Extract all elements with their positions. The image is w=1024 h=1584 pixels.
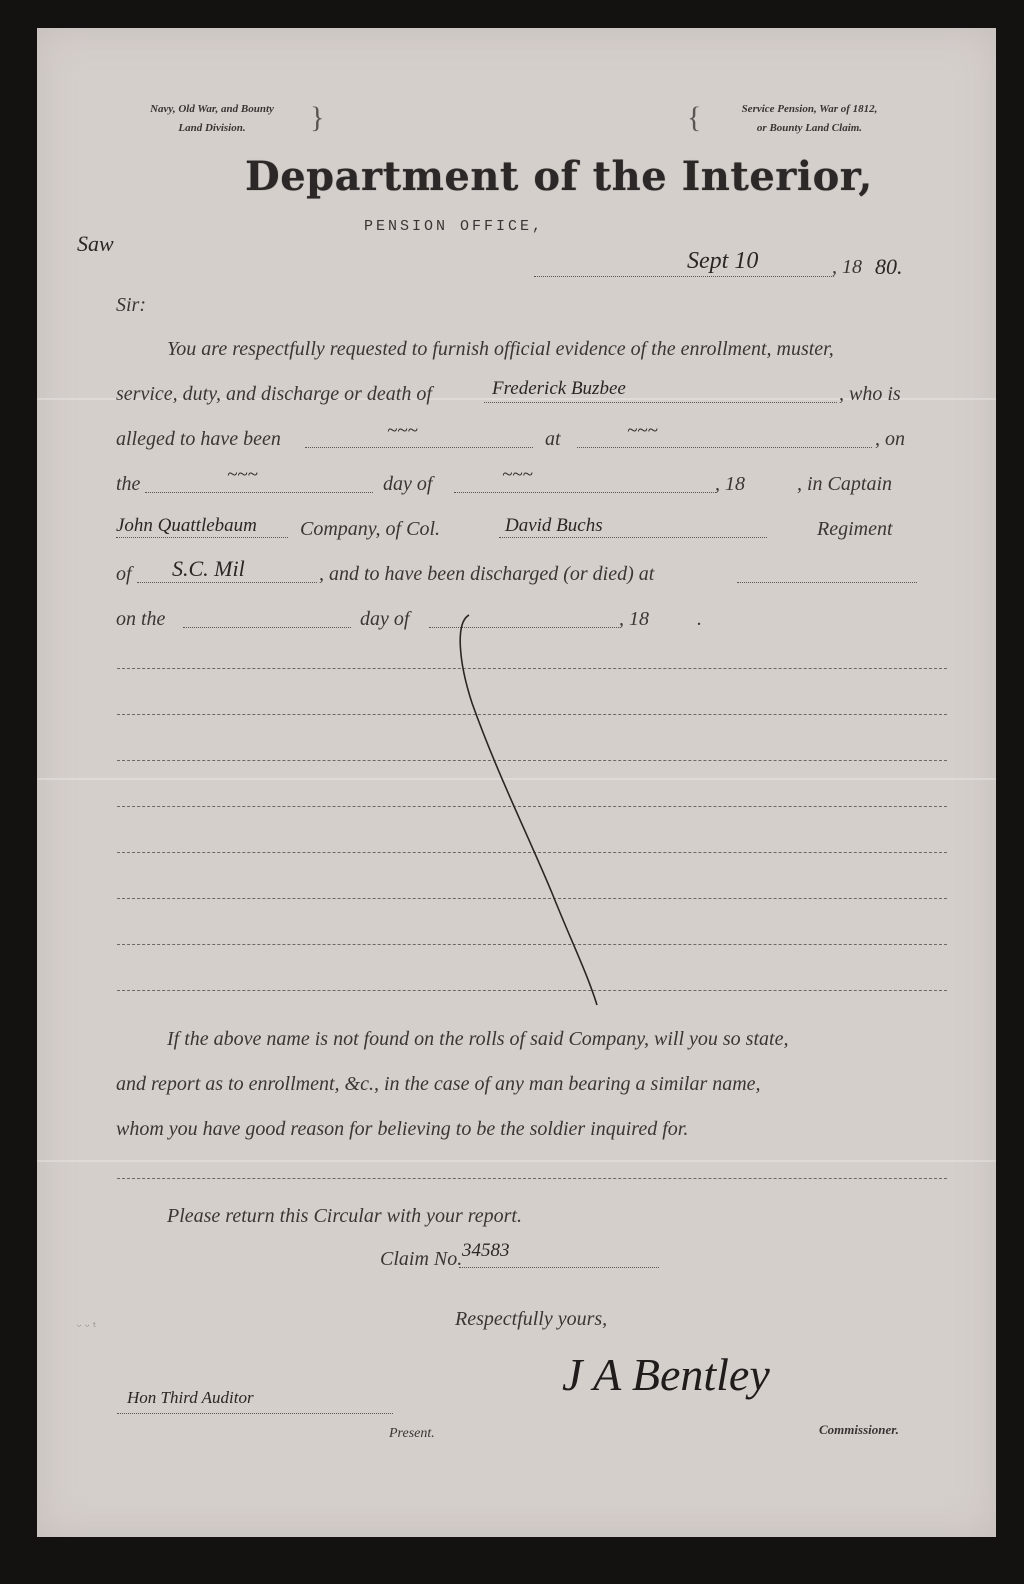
regiment-line: [137, 582, 317, 583]
month-line: [454, 492, 716, 493]
body-line-7-end: .: [697, 608, 702, 631]
present-label: Present.: [389, 1426, 435, 1442]
fold-crease: [37, 1160, 996, 1162]
body-line-3-suffix: , on: [875, 428, 905, 451]
office-label: PENSION OFFICE,: [364, 218, 544, 235]
closing-line-2: and report as to enrollment, &c., in the…: [116, 1073, 761, 1096]
page-title: Department of the Interior,: [245, 153, 873, 200]
closing-line-3: whom you have good reason for believing …: [116, 1118, 688, 1141]
date-line: [534, 276, 834, 277]
blank-dash: ~~~: [502, 464, 533, 486]
regiment-name: S.C. Mil: [172, 556, 245, 582]
brace-right: }: [310, 103, 324, 133]
body-line-4-the: the: [116, 473, 140, 496]
discharge-place-line: [737, 582, 917, 583]
claim-line: [459, 1267, 659, 1268]
soldier-name: Frederick Buzbee: [492, 378, 626, 400]
date-year-prefix: , 18: [832, 256, 862, 279]
alleged-at-line: [577, 447, 872, 448]
document-page: Navy, Old War, and Bounty Land Division.…: [37, 28, 996, 1537]
day-line: [145, 492, 373, 493]
date-year: 80.: [875, 254, 903, 280]
addressee-line: [117, 1413, 393, 1414]
date-handwritten: Sept 10: [687, 248, 758, 275]
body-line-5-regiment: Regiment: [817, 518, 893, 541]
body-line-6-of: of: [116, 563, 132, 586]
body-line-4-suffix: , in Captain: [797, 473, 892, 496]
body-line-7-dayof: day of: [360, 608, 409, 631]
captain-line: [116, 537, 288, 538]
addressee: Hon Third Auditor: [127, 1388, 254, 1408]
blank-rule: [117, 1178, 947, 1179]
colonel-line: [499, 537, 767, 538]
respectfully-label: Respectfully yours,: [455, 1308, 607, 1331]
body-line-3-prefix: alleged to have been: [116, 428, 281, 451]
alleged-been-line: [305, 447, 533, 448]
body-line-3-mid: at: [545, 428, 561, 451]
body-line-4-dayof: day of: [383, 473, 432, 496]
return-note: Please return this Circular with your re…: [167, 1205, 522, 1228]
body-line-6-suffix: , and to have been discharged (or died) …: [319, 563, 654, 586]
strike-through-mark: [447, 603, 647, 1013]
claim-type-label: Service Pension, War of 1812, or Bounty …: [697, 100, 922, 138]
colonel-name: David Buchs: [505, 515, 603, 537]
margin-note: Saw: [77, 231, 114, 257]
division-label: Navy, Old War, and Bounty Land Division.: [107, 100, 317, 138]
stamp-mark: ᵕ ᵕ ᵗ: [77, 1320, 96, 1333]
body-line-4-year: , 18: [715, 473, 745, 496]
body-line-7-onthe: on the: [116, 608, 165, 631]
body-line-5-company: Company, of Col.: [300, 518, 440, 541]
blank-dash: ~~~: [387, 420, 418, 442]
soldier-name-line: [484, 402, 837, 403]
salutation: Sir:: [116, 294, 146, 317]
body-line-2-prefix: service, duty, and discharge or death of: [116, 383, 432, 406]
captain-name: John Quattlebaum: [116, 515, 257, 537]
blank-dash: ~~~: [627, 420, 658, 442]
body-line-1: You are respectfully requested to furnis…: [167, 338, 834, 361]
claim-label: Claim No.: [380, 1248, 462, 1271]
blank-dash: ~~~: [227, 464, 258, 486]
discharge-day-line: [183, 627, 351, 628]
claim-number: 34583: [462, 1240, 510, 1262]
closing-line-1: If the above name is not found on the ro…: [167, 1028, 788, 1051]
commissioner-label: Commissioner.: [819, 1422, 899, 1438]
body-line-2-suffix: , who is: [839, 383, 901, 406]
commissioner-signature: J A Bentley: [562, 1348, 770, 1401]
